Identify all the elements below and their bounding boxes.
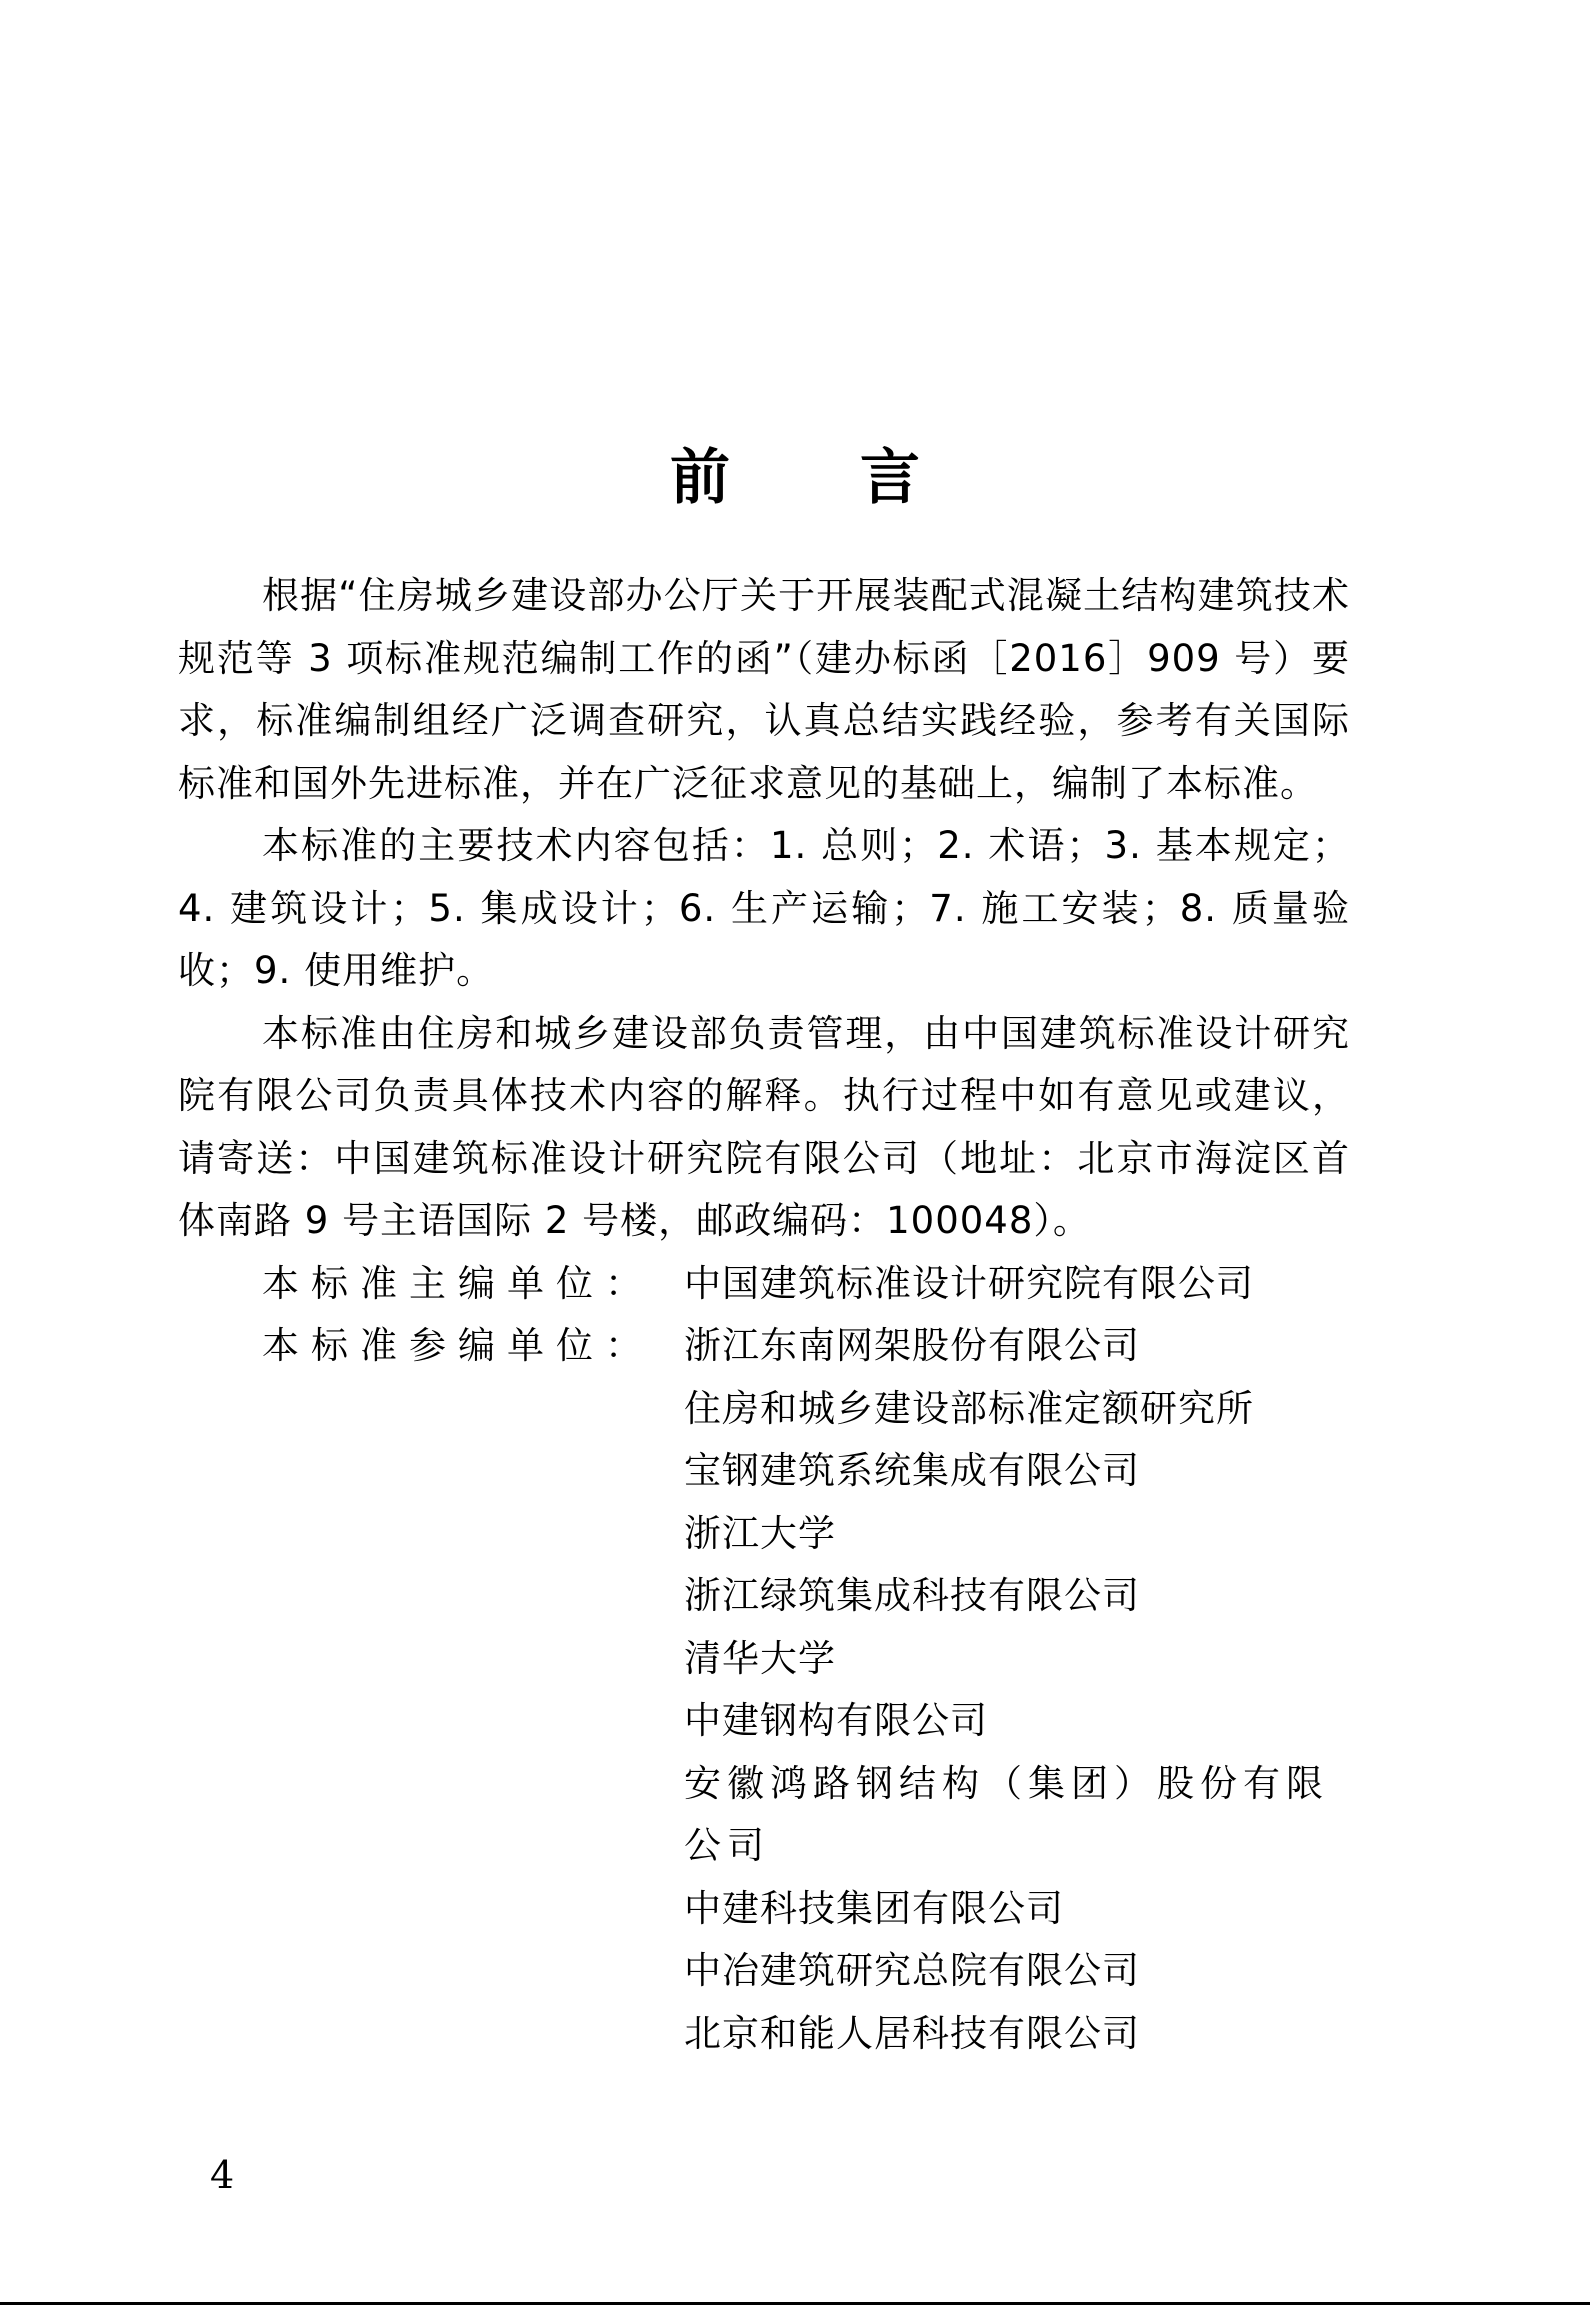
participating-editors-units: 浙江东南网架股份有限公司 住房和城乡建设部标准定额研究所 宝钢建筑系统集成有限公… xyxy=(684,1315,1350,2065)
page-number: 4 xyxy=(210,2150,234,2200)
chief-editor-label: 本标准主编单位： xyxy=(178,1253,684,1316)
participating-unit: 清华大学 xyxy=(684,1628,1350,1691)
paragraph-basis: 根据“住房城乡建设部办公厅关于开展装配式混凝土结构建筑技术规范等 3 项标准规范… xyxy=(178,565,1350,815)
chief-editor-row: 本标准主编单位： 中国建筑标准设计研究院有限公司 xyxy=(178,1253,1350,1316)
participating-unit: 浙江东南网架股份有限公司 xyxy=(684,1315,1350,1378)
page-title-char-1: 前 xyxy=(670,438,730,518)
chief-editor-units: 中国建筑标准设计研究院有限公司 xyxy=(684,1253,1350,1316)
participating-unit: 宝钢建筑系统集成有限公司 xyxy=(684,1440,1350,1503)
page-title-char-2: 言 xyxy=(860,438,920,518)
paragraph-management: 本标准由住房和城乡建设部负责管理，由中国建筑标准设计研究院有限公司负责具体技术内… xyxy=(178,1003,1350,1253)
preface-body: 根据“住房城乡建设部办公厅关于开展装配式混凝土结构建筑技术规范等 3 项标准规范… xyxy=(178,565,1350,2065)
participating-editors-label: 本标准参编单位： xyxy=(178,1315,684,1378)
participating-unit: 中冶建筑研究总院有限公司 xyxy=(684,1940,1350,2003)
participating-unit: 中建科技集团有限公司 xyxy=(684,1878,1350,1941)
participating-unit: 住房和城乡建设部标准定额研究所 xyxy=(684,1378,1350,1441)
participating-editors-row: 本标准参编单位： 浙江东南网架股份有限公司 住房和城乡建设部标准定额研究所 宝钢… xyxy=(178,1315,1350,2065)
page-title: 前言 xyxy=(0,438,1590,518)
participating-unit: 北京和能人居科技有限公司 xyxy=(684,2003,1350,2066)
participating-unit: 中建钢构有限公司 xyxy=(684,1690,1350,1753)
chief-editor-unit: 中国建筑标准设计研究院有限公司 xyxy=(684,1253,1350,1316)
editing-units: 本标准主编单位： 中国建筑标准设计研究院有限公司 本标准参编单位： 浙江东南网架… xyxy=(178,1253,1350,2066)
participating-unit: 浙江大学 xyxy=(684,1503,1350,1566)
participating-unit: 安徽鸿路钢结构（集团）股份有限公司 xyxy=(684,1753,1350,1878)
paragraph-contents: 本标准的主要技术内容包括：1. 总则；2. 术语；3. 基本规定；4. 建筑设计… xyxy=(178,815,1350,1003)
participating-unit: 浙江绿筑集成科技有限公司 xyxy=(684,1565,1350,1628)
